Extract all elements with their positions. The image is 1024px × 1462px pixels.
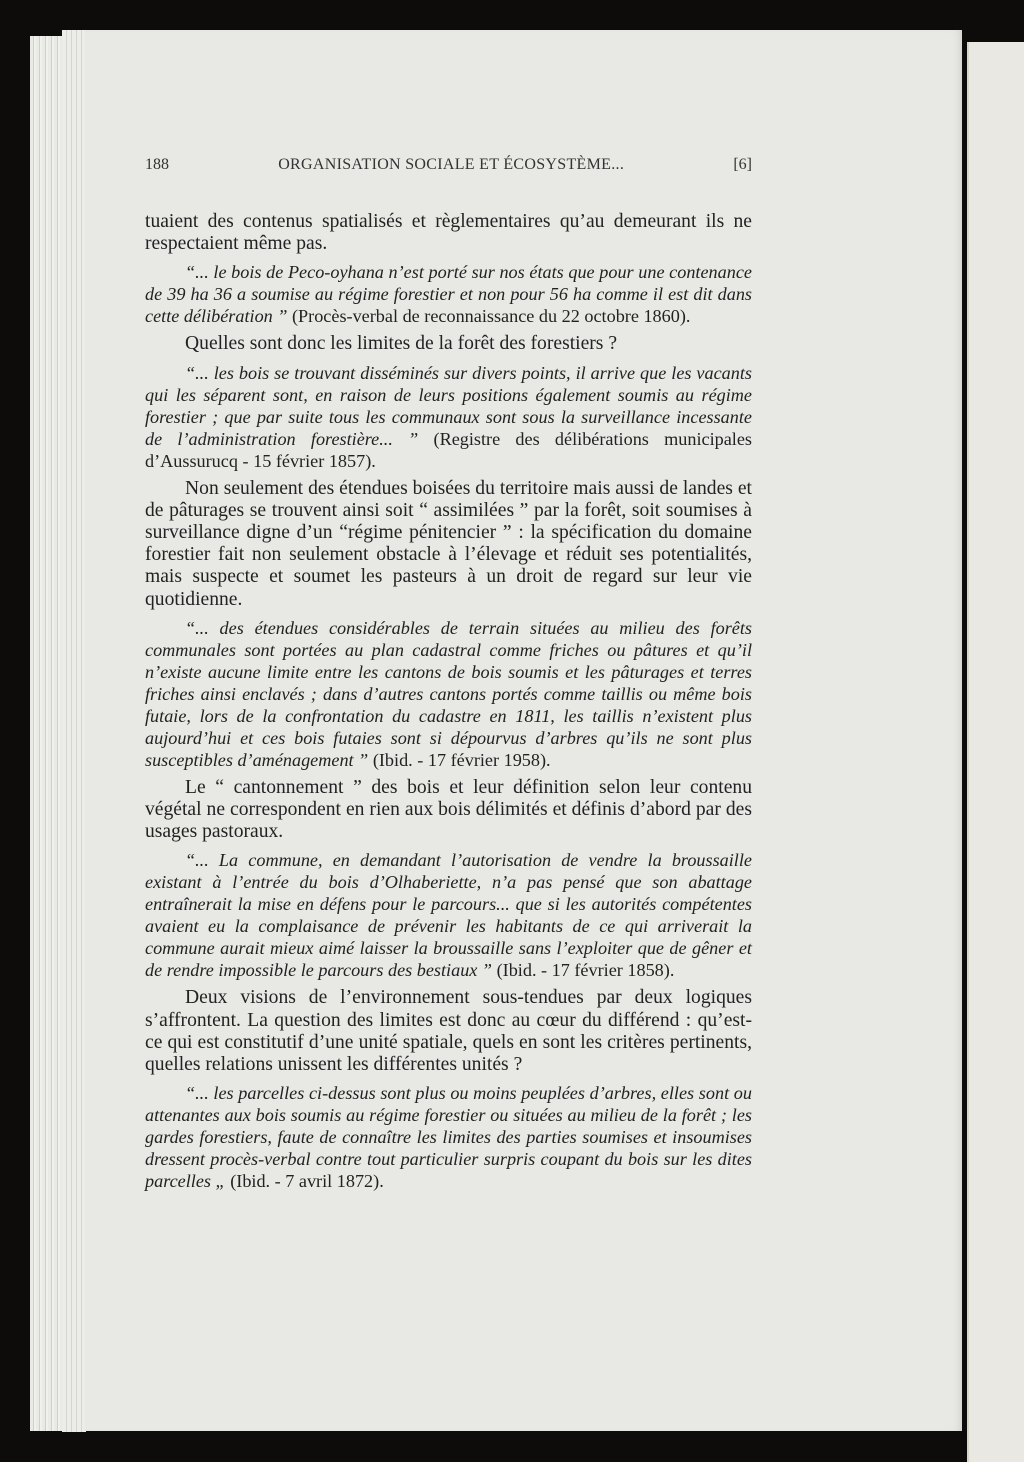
block-quote: “... des étendues considérables de terra… — [145, 617, 752, 771]
block-quote: “... La commune, en demandant l’autorisa… — [145, 849, 752, 981]
quote-source: (Procès-verbal de reconnaissance du 22 o… — [292, 306, 690, 326]
page-stack-edges-inner — [62, 30, 86, 1432]
paragraph: Non seulement des étendues boisées du te… — [145, 478, 752, 611]
running-head-title: ORGANISATION SOCIALE ET ÉCOSYSTÈME... — [278, 156, 624, 174]
paragraph: Deux visions de l’environnement sous-ten… — [145, 987, 752, 1076]
paragraph-continuation: tuaient des contenus spatialisés et règl… — [145, 211, 752, 255]
quote-source: (Ibid. - 7 avril 1872). — [230, 1171, 384, 1191]
quote-text: “... des étendues considérables de terra… — [145, 618, 752, 770]
block-quote: “... les bois se trouvant disséminés sur… — [145, 362, 752, 472]
paragraph: Le “ cantonnement ” des bois et leur déf… — [145, 777, 752, 844]
section-marker: [6] — [733, 156, 752, 174]
paragraph: Quelles sont donc les limites de la forê… — [145, 333, 752, 355]
quote-source: (Ibid. - 17 février 1858). — [497, 960, 675, 980]
page-content: 188 ORGANISATION SOCIALE ET ÉCOSYSTÈME..… — [145, 156, 752, 1198]
block-quote: “... le bois de Peco-oyhana n’est porté … — [145, 261, 752, 327]
running-header: 188 ORGANISATION SOCIALE ET ÉCOSYSTÈME..… — [145, 156, 752, 174]
page-number: 188 — [145, 156, 169, 174]
facing-page-edge — [967, 42, 1024, 1462]
quote-source: (Ibid. - 17 février 1958). — [373, 750, 551, 770]
block-quote: “... les parcelles ci-dessus sont plus o… — [145, 1082, 752, 1192]
